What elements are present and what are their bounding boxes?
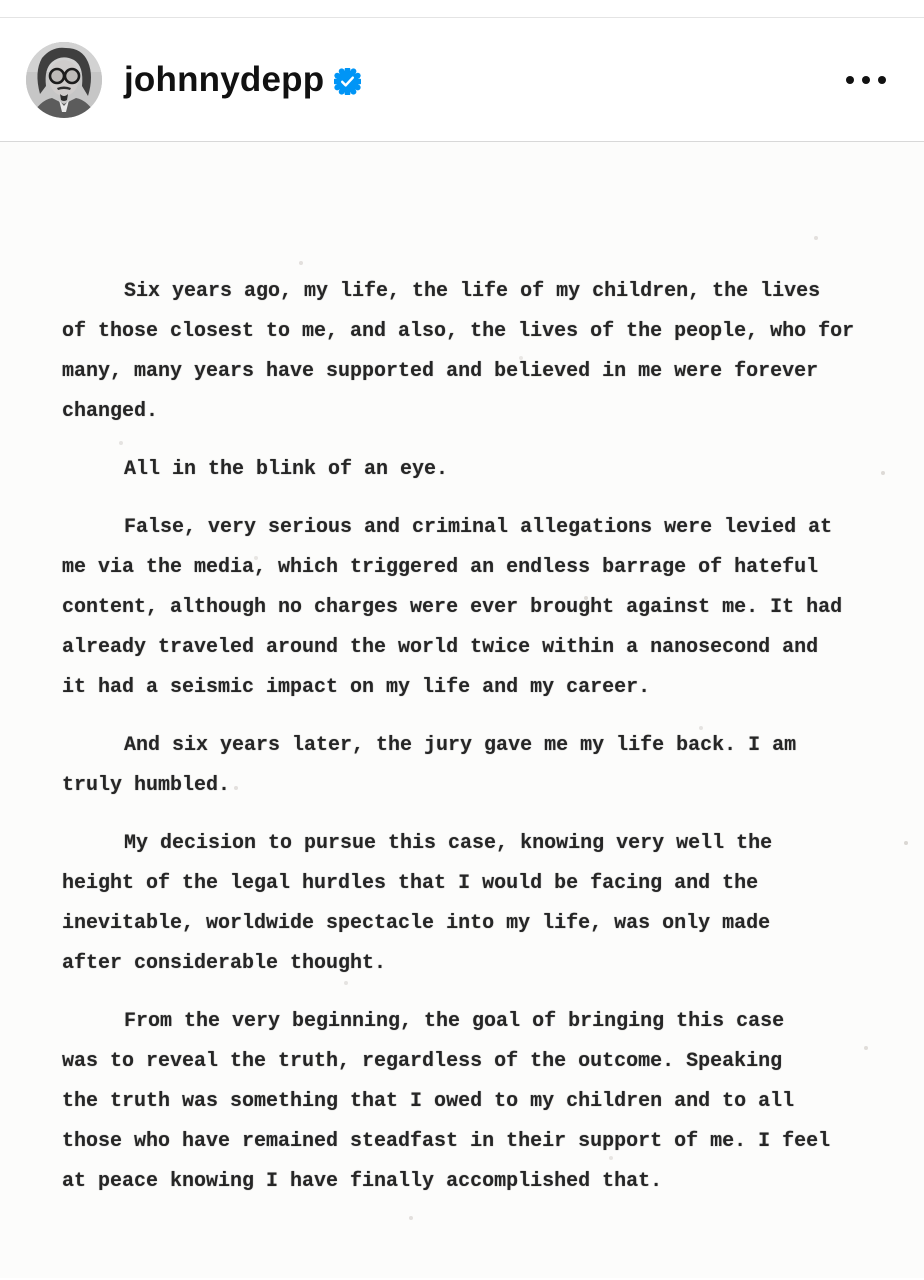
- more-options-button[interactable]: [842, 66, 890, 94]
- dot-icon: [862, 76, 870, 84]
- avatar[interactable]: [26, 42, 102, 118]
- post-media-letter[interactable]: Six years ago, my life, the life of my c…: [0, 142, 924, 1278]
- letter-line: already traveled around the world twice …: [62, 628, 884, 668]
- username[interactable]: johnnydepp: [124, 60, 324, 100]
- letter-line: inevitable, worldwide spectacle into my …: [62, 904, 884, 944]
- letter-text: Six years ago, my life, the life of my c…: [0, 142, 924, 1202]
- letter-paragraph: Six years ago, my life, the life of my c…: [62, 272, 884, 432]
- dot-icon: [846, 76, 854, 84]
- letter-line: after considerable thought.: [62, 944, 884, 984]
- letter-line: My decision to pursue this case, knowing…: [62, 824, 884, 864]
- letter-line: From the very beginning, the goal of bri…: [62, 1002, 884, 1042]
- post-header: johnnydepp: [0, 18, 924, 142]
- username-row: johnnydepp: [124, 60, 361, 100]
- letter-line: at peace knowing I have finally accompli…: [62, 1162, 884, 1202]
- paper-speckles: [0, 142, 2, 144]
- letter-line: the truth was something that I owed to m…: [62, 1082, 884, 1122]
- letter-line: was to reveal the truth, regardless of t…: [62, 1042, 884, 1082]
- top-divider: [0, 0, 924, 18]
- letter-paragraph: All in the blink of an eye.: [62, 450, 884, 490]
- letter-line: And six years later, the jury gave me my…: [62, 726, 884, 766]
- letter-paragraph: And six years later, the jury gave me my…: [62, 726, 884, 806]
- letter-line: those who have remained steadfast in the…: [62, 1122, 884, 1162]
- letter-line: False, very serious and criminal allegat…: [62, 508, 884, 548]
- verified-badge-icon: [334, 68, 361, 95]
- letter-paragraph: My decision to pursue this case, knowing…: [62, 824, 884, 984]
- letter-line: me via the media, which triggered an end…: [62, 548, 884, 588]
- letter-line: height of the legal hurdles that I would…: [62, 864, 884, 904]
- letter-line: it had a seismic impact on my life and m…: [62, 668, 884, 708]
- letter-line: Six years ago, my life, the life of my c…: [62, 272, 884, 312]
- letter-line: of those closest to me, and also, the li…: [62, 312, 884, 352]
- letter-line: content, although no charges were ever b…: [62, 588, 884, 628]
- letter-line: changed.: [62, 392, 884, 432]
- letter-paragraph: From the very beginning, the goal of bri…: [62, 1002, 884, 1202]
- letter-paragraph: False, very serious and criminal allegat…: [62, 508, 884, 708]
- avatar-portrait: [26, 42, 102, 118]
- letter-line: truly humbled.: [62, 766, 884, 806]
- letter-line: All in the blink of an eye.: [62, 450, 884, 490]
- instagram-post: johnnydepp S: [0, 0, 924, 1280]
- dot-icon: [878, 76, 886, 84]
- letter-line: many, many years have supported and beli…: [62, 352, 884, 392]
